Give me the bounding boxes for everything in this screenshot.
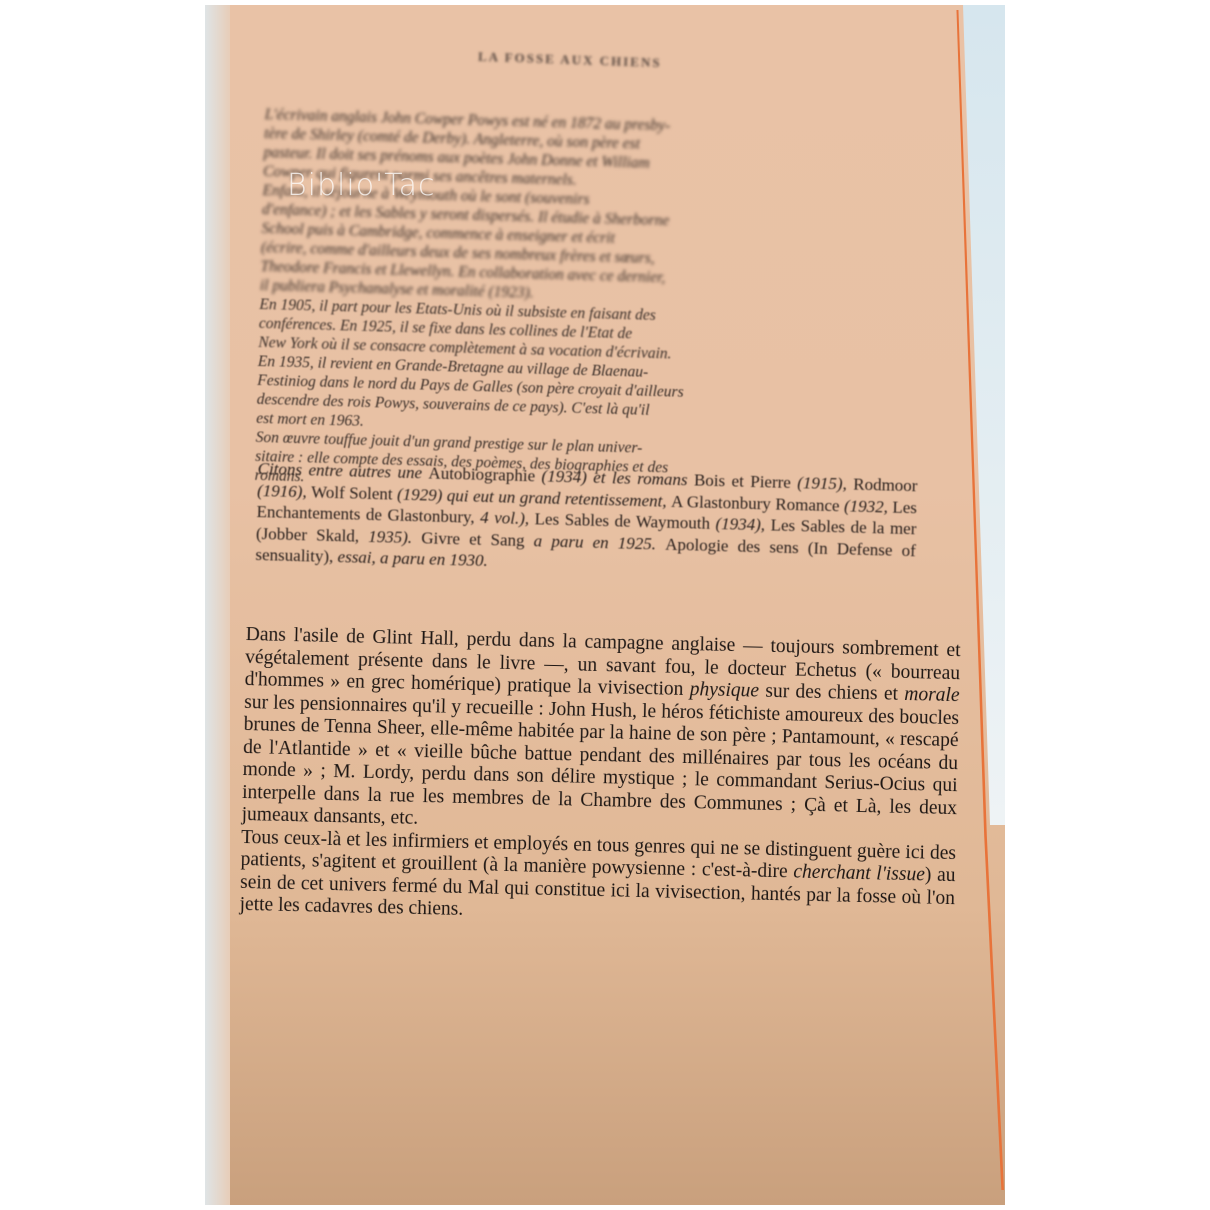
text-run: Autobiographie bbox=[428, 463, 542, 485]
bio-paragraph-1: L'écrivain anglais John Cowper Powys est… bbox=[256, 105, 915, 446]
text-run: sur les pensionnaires qu'il y recueille … bbox=[241, 691, 959, 828]
italic-run: a paru en 1925. bbox=[533, 531, 665, 553]
works-paragraph: Citons entre autres une Autobiographie (… bbox=[255, 458, 918, 583]
text-run: sur des chiens et bbox=[759, 681, 905, 705]
text-run: Les Sables de la mer bbox=[770, 515, 916, 538]
text-run: Rodmoor bbox=[853, 475, 918, 496]
summary-paragraph-1: Dans l'asile de Glint Hall, perdu dans l… bbox=[241, 624, 960, 843]
italic-run: Citons entre autres une bbox=[257, 459, 428, 482]
text-run: Bois et Pierre bbox=[694, 470, 798, 492]
summary-paragraph-2: Tous ceux-là et les infirmiers et employ… bbox=[239, 826, 956, 932]
italic-run: (1934), bbox=[715, 514, 771, 534]
text-run: A Glastonbury Romance bbox=[671, 491, 844, 515]
italic-run: morale bbox=[904, 684, 960, 706]
italic-run: (1916), bbox=[257, 480, 312, 500]
italic-run: (1934) et les romans bbox=[541, 466, 694, 489]
italic-run: (1932, bbox=[844, 496, 893, 516]
italic-run: physique bbox=[689, 679, 759, 702]
page-gutter-shadow bbox=[205, 5, 230, 1205]
text-run: Les Sables de Waymouth bbox=[534, 509, 715, 533]
text-run: (Jobber Skald, bbox=[256, 523, 369, 545]
text-run: Givre et Sang bbox=[421, 528, 534, 550]
book-summary: Dans l'asile de Glint Hall, perdu dans l… bbox=[239, 624, 960, 933]
watermark-logo: Biblio'Tac bbox=[287, 168, 436, 203]
author-biography: L'écrivain anglais John Cowper Powys est… bbox=[254, 105, 914, 503]
italic-run: 4 vol.), bbox=[480, 508, 535, 528]
text-run: Wolf Solent bbox=[311, 482, 397, 503]
italic-run: (1915), bbox=[797, 473, 853, 493]
italic-run: cherchant l'issue bbox=[793, 861, 925, 885]
italic-run: essai, a paru en 1930. bbox=[337, 547, 488, 570]
italic-run: 1935). bbox=[368, 526, 422, 546]
